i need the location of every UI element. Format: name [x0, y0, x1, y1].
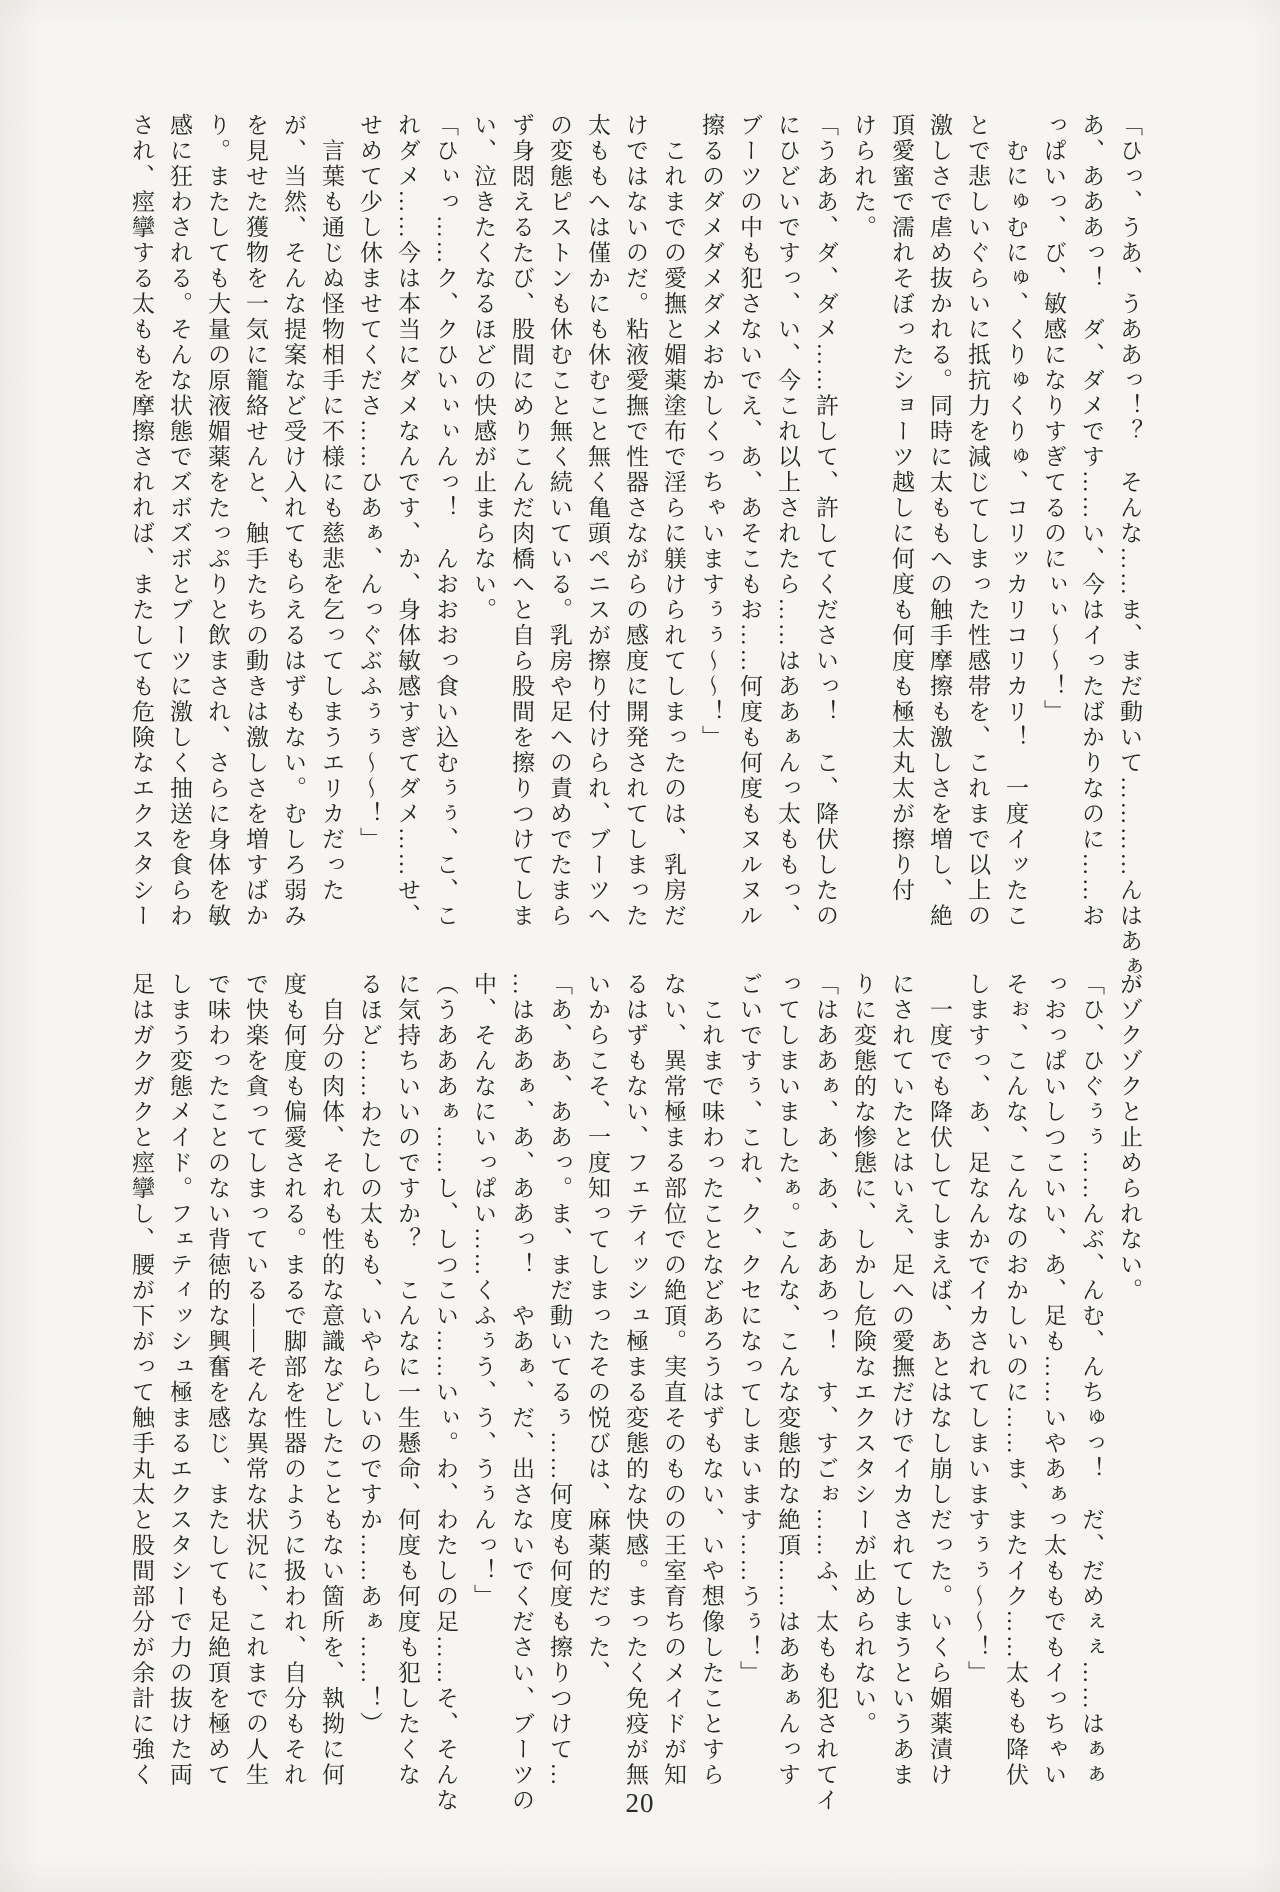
text-column: しますっ、あ、足なんかでイカされてしまいますぅぅ～～！」 — [958, 972, 996, 1798]
text-column: ない、異常極まる部位での絶頂。実直そのものの王室育ちのメイドが知 — [654, 972, 692, 1798]
text-column: るはずもない、フェティッシュ極まる変態的な快感。まったく免疫が無 — [616, 972, 654, 1798]
text-column: を見せた獲物を一気に籠絡せんと、触手たちの動きは激しさを増すばか — [236, 113, 274, 927]
text-column: に気持ちいいのですか？ こんなに一生懸命、何度も何度も犯したくな — [388, 972, 426, 1798]
text-column: 「ひっ、うあ、うああっ！？ そんな……ま、まだ動いて…………んはあぁ、 — [1110, 113, 1148, 927]
text-column: あ、あああっ！ ダ、ダメです……い、今はイったばかりなのに……お — [1072, 113, 1110, 927]
text-band-top: 「ひっ、うあ、うああっ！？ そんな……ま、まだ動いて…………んはあぁ、あ、あああ… — [122, 113, 1148, 927]
text-column: 「ひ、ひぐぅぅ……んぶ、んむ、んちゅっ！ だ、だめぇぇ……はぁぁ — [1072, 972, 1110, 1798]
text-column: で快楽を貪ってしまっている――そんな異常な状況に、これまでの人生 — [236, 972, 274, 1798]
text-column: けられた。 — [844, 113, 882, 927]
text-column: 頂愛蜜で濡れそぼったショーツ越しに何度も何度も極太丸太が擦り付 — [882, 113, 920, 927]
text-column: …はああぁ、あ、ああっ！ やあぁ、だ、出さないでください、ブーツの — [502, 972, 540, 1798]
text-column: 自分の肉体、それも性的な意識などしたこともない箇所を、執拗に何 — [312, 972, 350, 1798]
text-column: これまでの愛撫と媚薬塗布で淫らに躾けられてしまったのは、乳房だ — [654, 113, 692, 927]
text-column: ず身悶えるたび、股間にめりこんだ肉橋へと自ら股間を擦りつけてしま — [502, 113, 540, 927]
text-column: 「うああ、ダ、ダメ……許して、許してくださいっ！ こ、降伏したの — [806, 113, 844, 927]
text-column: っおっぱいしつこいい、あ、足も……いやあぁっ太ももでもイっちゃい — [1034, 972, 1072, 1798]
text-column: ってしまいましたぁ。こんな、こんな変態的な絶頂……はああぁんっす — [768, 972, 806, 1798]
text-column: 激しさで虐め抜かれる。同時に太ももへの触手摩擦も激しさを増し、絶 — [920, 113, 958, 927]
text-column: 「はああぁ、あ、あ、あああっ！ す、すごぉ……ふ、太もも犯されてイ — [806, 972, 844, 1798]
text-column: にされていたとはいえ、足への愛撫だけでイカされてしまうというあま — [882, 972, 920, 1798]
text-column: 「あ、あ、ああっ。ま、まだ動いてるぅ……何度も何度も擦りつけて… — [540, 972, 578, 1798]
text-column: い、泣きたくなるほどの快感が止まらない。 — [464, 113, 502, 927]
text-column: 「ひぃっ……ク、クひいぃぃんっ！ んおおおっ食い込むぅぅ、こ、こ — [426, 113, 464, 927]
text-column: で味わったことのない背徳的な興奮を感じ、またしても足絶頂を極めて — [198, 972, 236, 1798]
text-column: （うあああぁ……し、しつこい……いぃ。わ、わたしの足……そ、そんな — [426, 972, 464, 1798]
text-column: これまで味わったことなどあろうはずもない、いや想像したことすら — [692, 972, 730, 1798]
text-column: の変態ピストンも休むこと無く続いている。乳房や足への責めでたまら — [540, 113, 578, 927]
text-column: ブーツの中も犯さないでえ、あ、あそこもお……何度も何度もヌルヌル — [730, 113, 768, 927]
text-column: りに変態的な惨態に、しかし危険なエクスタシーが止められない。 — [844, 972, 882, 1798]
text-column: せめて少し休ませてくださ……ひあぁ、んっぐぶふぅぅ～～！」 — [350, 113, 388, 927]
text-column: むにゅむにゅ、くりゅくりゅ、コリッカリコリカリ！ 一度イッたこ — [996, 113, 1034, 927]
text-column: がゾクゾクと止められない。 — [1110, 972, 1148, 1798]
text-column: 度も何度も偏愛される。まるで脚部を性器のように扱われ、自分もそれ — [274, 972, 312, 1798]
text-column: 一度でも降伏してしまえば、あとはなし崩しだった。いくら媚薬漬け — [920, 972, 958, 1798]
text-column: 太ももへは僅かにも休むこと無く亀頭ペニスが擦り付けられ、ブーツへ — [578, 113, 616, 927]
text-column: 擦るのダメダメダメおかしくっちゃいますぅぅ～～！」 — [692, 113, 730, 927]
page-number: 20 — [0, 1788, 1280, 1819]
text-column: にひどいですっ、い、今これ以上されたら……はああぁんっ太ももっ、 — [768, 113, 806, 927]
text-column: いからこそ、一度知ってしまったその悦びは、麻薬的だった、 — [578, 972, 616, 1798]
text-column: 中、そんなにいっぱい……くふぅう、う、うぅんっ！」 — [464, 972, 502, 1798]
text-column: けではないのだ。粘液愛撫で性器さながらの感度に開発されてしまった — [616, 113, 654, 927]
text-column: され、痙攣する太ももを摩擦されれば、またしても危険なエクスタシー — [122, 113, 160, 927]
text-column: が、当然、そんな提案など受け入れてもらえるはずもない。むしろ弱み — [274, 113, 312, 927]
text-column: そぉ、こんな、こんなのおかしいのに……ま、またイク……太もも降伏 — [996, 972, 1034, 1798]
text-column: とで悲しいぐらいに抵抗力を減じてしまった性感帯を、これまで以上の — [958, 113, 996, 927]
text-column: 足はガクガクと痙攣し、腰が下がって触手丸太と股間部分が余計に強く — [122, 972, 160, 1798]
text-column: 感に狂わされる。そんな状態でズボズボとブーツに激しく抽送を食らわ — [160, 113, 198, 927]
text-column: っぱいっ、び、敏感になりすぎてるのにぃぃ～～！」 — [1034, 113, 1072, 927]
text-column: るほど……わたしの太もも、いやらしいのですか……あぁ……！） — [350, 972, 388, 1798]
text-column: れダメ……今は本当にダメなんです、か、身体敏感すぎてダメ……せ、 — [388, 113, 426, 927]
text-column: ごいですぅ、これ、ク、クセになってしまいます……うぅ！」 — [730, 972, 768, 1798]
text-column: り。またしても大量の原液媚薬をたっぷりと飲まされ、さらに身体を敏 — [198, 113, 236, 927]
text-column: 言葉も通じぬ怪物相手に不様にも慈悲を乞ってしまうエリカだった — [312, 113, 350, 927]
text-band-bottom: がゾクゾクと止められない。「ひ、ひぐぅぅ……んぶ、んむ、んちゅっ！ だ、だめぇぇ… — [122, 972, 1148, 1798]
text-column: しまう変態メイド。フェティッシュ極まるエクスタシーで力の抜けた両 — [160, 972, 198, 1798]
